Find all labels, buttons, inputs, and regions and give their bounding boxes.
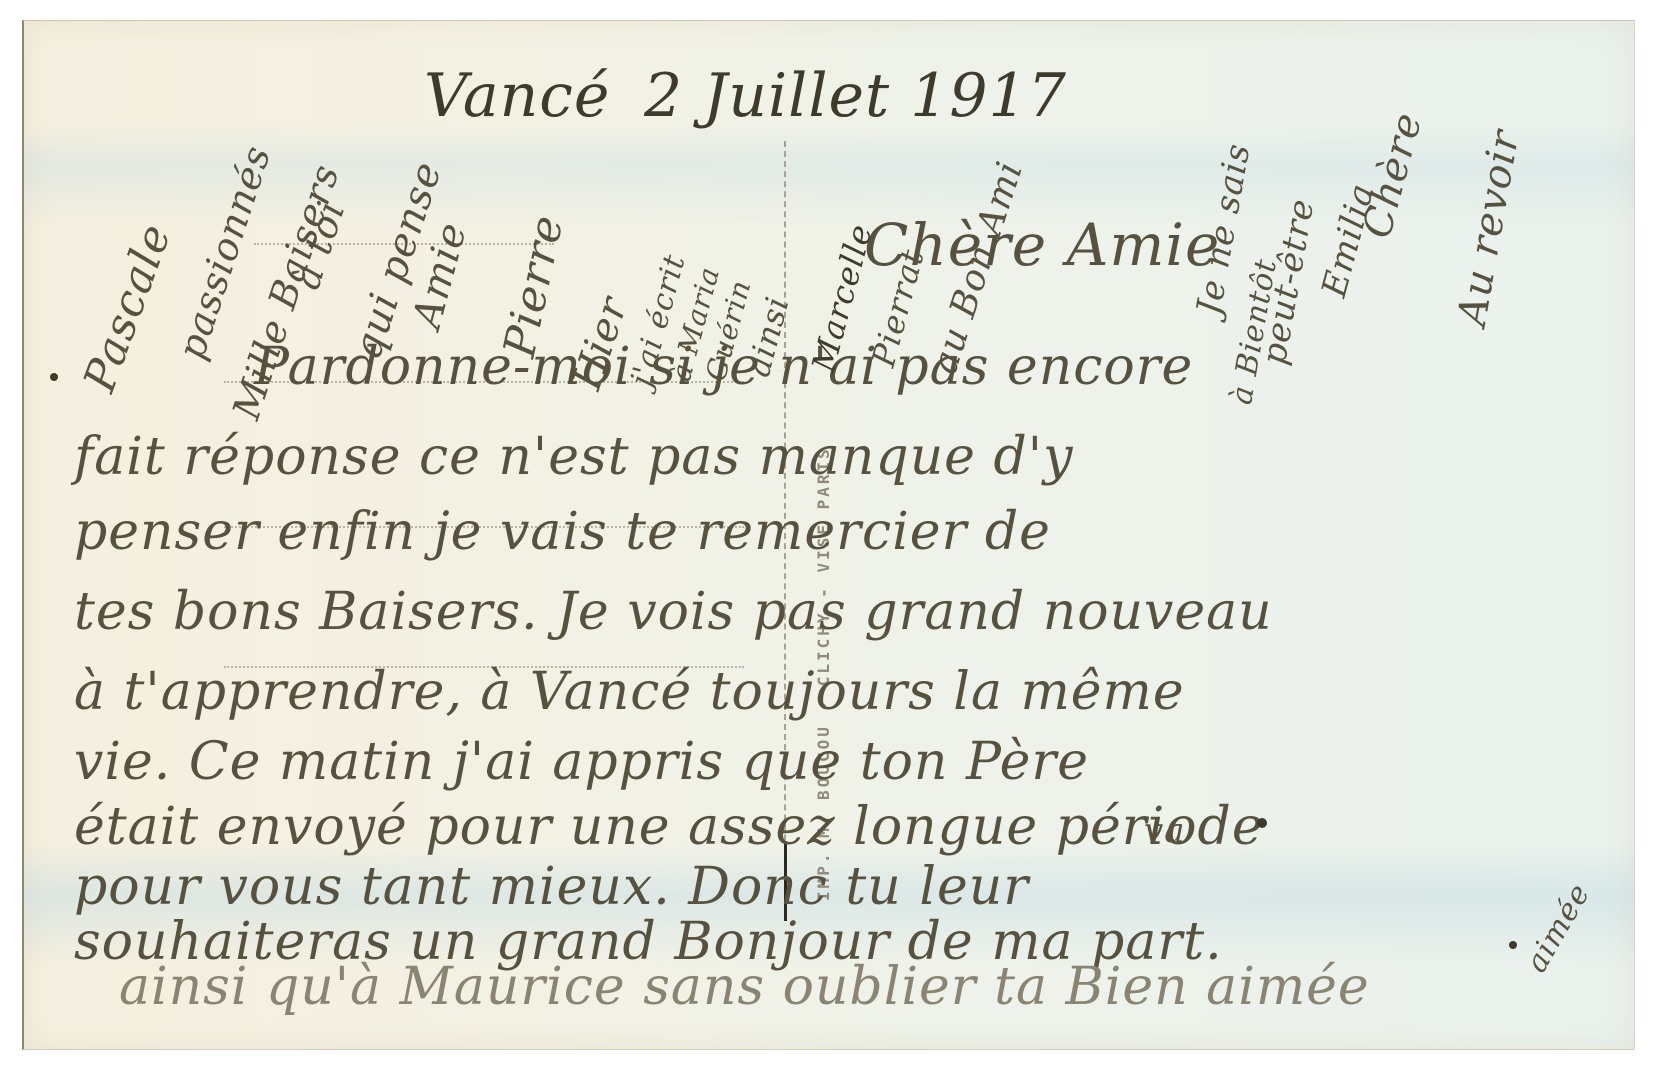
margin-note-bottom-right: aimée [1519,877,1598,978]
margin-note-right-5: Chère [1354,108,1432,243]
ink-blot [1257,818,1267,828]
date-heading: 2 Juillet 1917 [644,61,1067,131]
ink-blot [50,373,58,381]
body-line-10: ainsi qu'à Maurice sans oublier ta Bien … [119,961,1370,1013]
place-heading: Vancé [424,61,610,131]
body-line-6: vie. Ce matin j'ai appris que ton Père [74,736,1089,788]
margin-note-right-6: Au revoir [1449,126,1529,329]
body-line-8: pour vous tant mieux. Donc tu leur [74,861,1029,913]
margin-note-left-1: Pascale [74,217,182,398]
body-line-3: penser enfin je vais te remercier de [74,506,1051,558]
body-line-4: tes bons Baisers. Je vois pas grand nouv… [74,586,1273,638]
ink-blot [1509,941,1517,949]
body-line-2: fait réponse ce n'est pas manque d'y [74,431,1073,483]
postcard-back: IMP. M. BOUCOU - CLICHY - VISE PARIS Van… [22,20,1635,1050]
interlinear-insert: va [1144,811,1185,851]
body-line-5: à t'apprendre, à Vancé toujours la même [74,666,1185,718]
body-line-7: était envoyé pour une assez longue pério… [74,801,1264,853]
